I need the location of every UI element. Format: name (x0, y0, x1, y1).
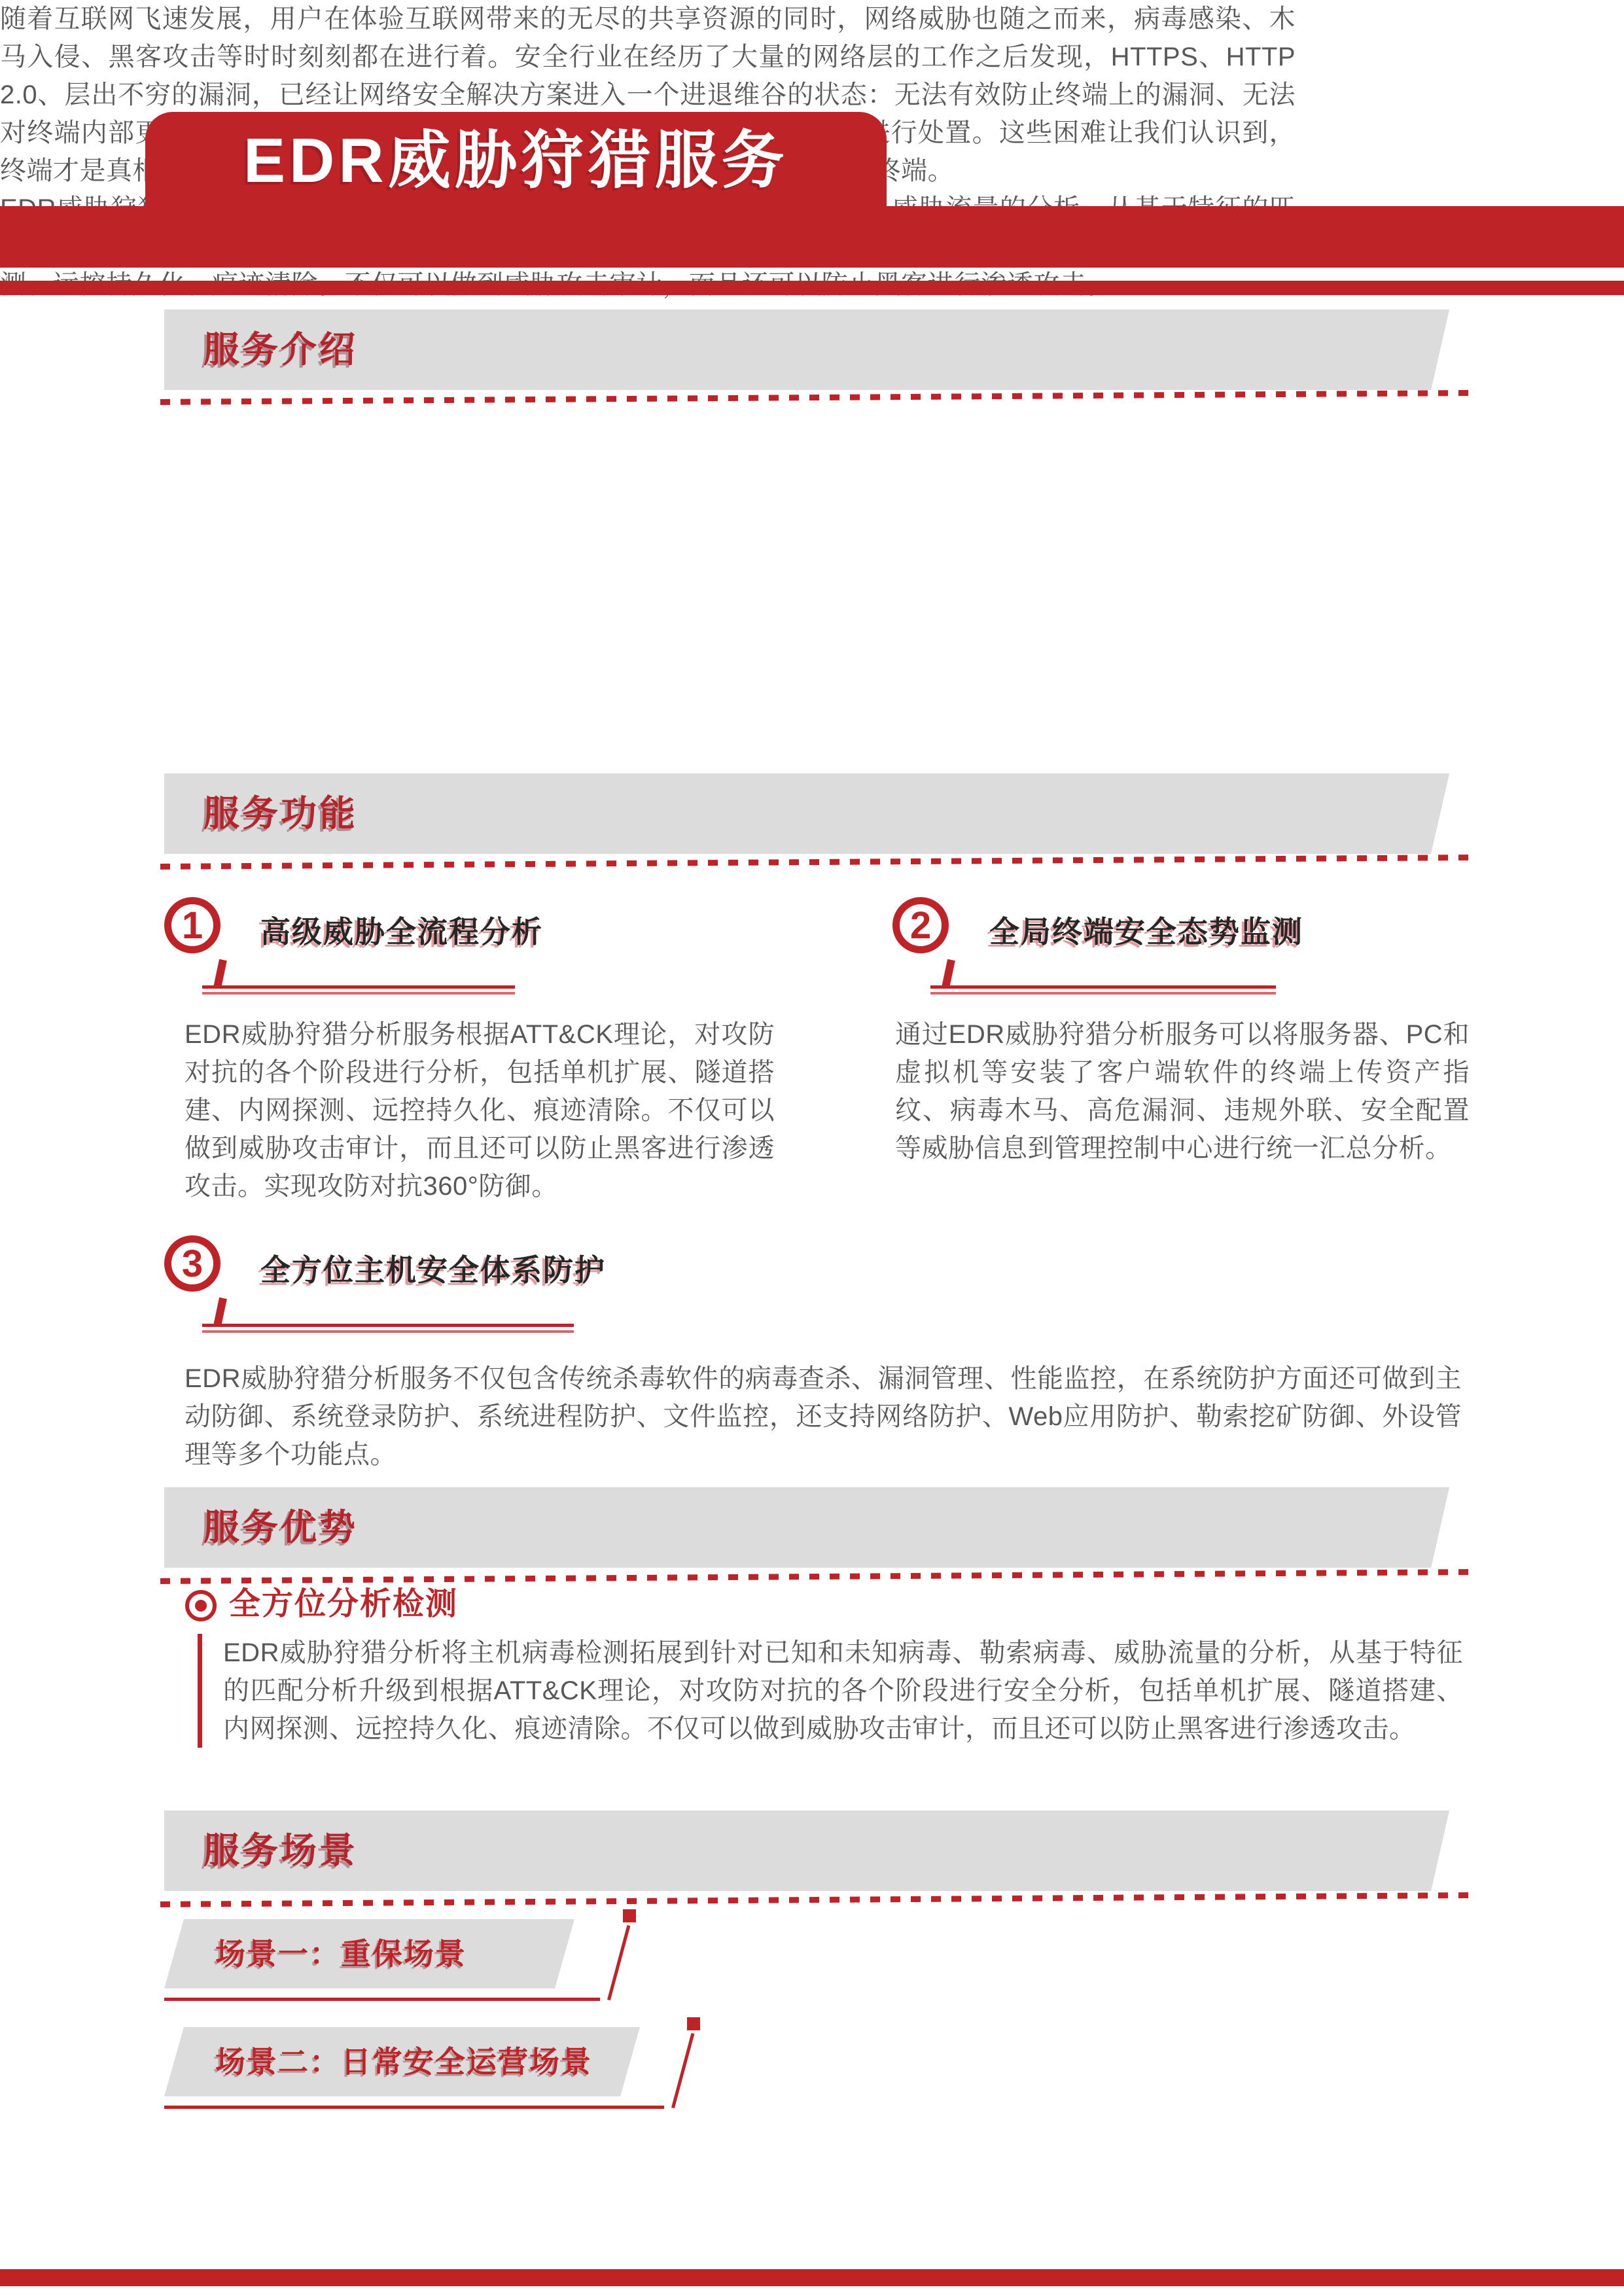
brochure-page: EDR威胁狩猎服务 服务介绍 随着互联网飞速发展，用户在体验互联网带来的无尽的共… (0, 0, 1624, 2296)
item3-number-circle-icon: 3 (164, 1235, 221, 1292)
section-banner-functions: 服务功能 (164, 773, 1449, 854)
scenario2-diagonal-line (671, 2033, 694, 2108)
scenario2-underline (164, 2106, 664, 2109)
header-red-band (0, 206, 1624, 268)
header-red-stripe (0, 281, 1624, 295)
banner-slash-decoration (1423, 773, 1452, 854)
dashed-divider-advantages (160, 1569, 1472, 1584)
scenario1-underline (164, 1998, 600, 2001)
bullseye-icon (185, 1590, 217, 1621)
section-heading-intro: 服务介绍 (203, 309, 358, 390)
scenario1-corner-square (623, 1909, 636, 1922)
scenario1-banner: 场景一：重保场景 (164, 1919, 574, 1988)
item2-number-circle-icon: 2 (892, 897, 949, 953)
item1-underline (202, 985, 515, 995)
page-title: EDR威胁狩猎服务 (243, 112, 788, 210)
section-heading-scenarios: 服务场景 (203, 1810, 358, 1891)
section-banner-intro: 服务介绍 (164, 309, 1449, 390)
dashed-divider-functions (160, 855, 1472, 870)
section-heading-functions: 服务功能 (203, 773, 358, 854)
item2-underline (930, 985, 1276, 995)
scenario2-label: 场景二：日常安全运营场景 (215, 2027, 592, 2096)
scenario1-label: 场景一：重保场景 (215, 1919, 467, 1988)
item3-body: EDR威胁狩猎分析服务不仅包含传统杀毒软件的病毒查杀、漏洞管理、性能监控，在系统… (185, 1360, 1462, 1474)
footer-red-bar (0, 2269, 1624, 2286)
item3-title: 全方位主机安全体系防护 (260, 1245, 606, 1295)
item3-underline (202, 1324, 574, 1333)
advantage-subtitle: 全方位分析检测 (229, 1583, 458, 1625)
dashed-divider-scenarios (160, 1892, 1472, 1907)
scenario1-diagonal-line (607, 1925, 630, 2000)
section-banner-advantages: 服务优势 (164, 1487, 1449, 1568)
scenario2-banner: 场景二：日常安全运营场景 (164, 2027, 640, 2096)
item2-title: 全局终端安全态势监测 (989, 907, 1303, 957)
item1-body: EDR威胁狩猎分析服务根据ATT&CK理论，对攻防对抗的各个阶段进行分析，包括单… (185, 1016, 775, 1205)
advantage-body: EDR威胁狩猎分析将主机病毒检测拓展到针对已知和未知病毒、勒索病毒、威胁流量的分… (198, 1634, 1463, 1748)
item2-body: 通过EDR威胁狩猎分析服务可以将服务器、PC和虚拟机等安装了客户端软件的终端上传… (895, 1016, 1470, 1167)
banner-slash-decoration (1423, 1487, 1452, 1568)
section-banner-scenarios: 服务场景 (164, 1810, 1449, 1891)
bullseye-center-dot (195, 1600, 207, 1612)
dashed-divider-intro (160, 390, 1472, 405)
item1-title: 高级威胁全流程分析 (260, 907, 543, 957)
banner-slash-decoration (1423, 1810, 1452, 1891)
item1-number-circle-icon: 1 (164, 897, 221, 953)
scenario2-corner-square (687, 2017, 700, 2030)
section-heading-advantages: 服务优势 (203, 1487, 358, 1568)
banner-slash-decoration (1423, 309, 1452, 390)
